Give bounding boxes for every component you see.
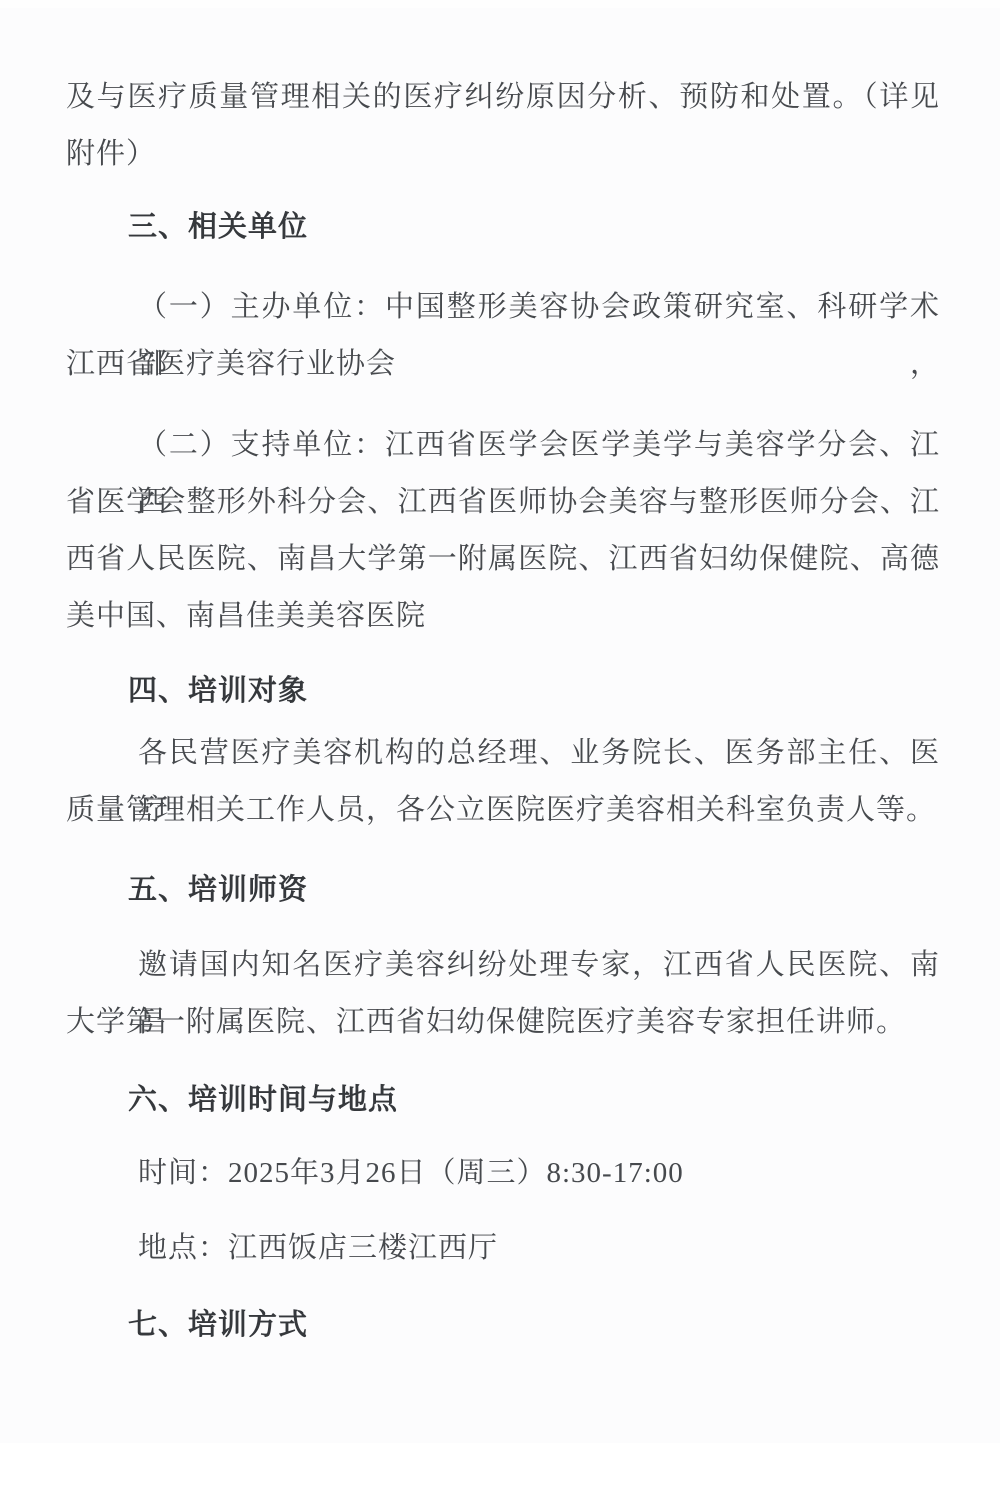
section-heading-instructors: 五、培训师资 [66, 862, 940, 919]
scan-bottom-edge [0, 1443, 1000, 1507]
intro-line: 及与医疗质量管理相关的医疗纠纷原因分析、预防和处置。（详见 [66, 69, 940, 126]
paragraph-line: 美中国、南昌佳美美容医院 [66, 588, 940, 645]
paragraph-line: 邀请国内知名医疗美容纠纷处理专家，江西省人民医院、南昌 [66, 937, 940, 994]
paragraph-line: 各民营医疗美容机构的总经理、业务院长、医务部主任、医疗 [66, 725, 940, 782]
paragraph-line: （二）支持单位：江西省医学会医学美学与美容学分会、江西 [66, 417, 940, 474]
paragraph-line: 质量管理相关工作人员，各公立医院医疗美容相关科室负责人等。 [66, 782, 940, 839]
training-time-line: 时间：2025年3月26日（周三）8:30-17:00 [66, 1145, 940, 1202]
section-heading-related-units: 三、相关单位 [66, 199, 940, 256]
section-heading-trainees: 四、培训对象 [66, 663, 940, 720]
paragraph-line: 西省人民医院、南昌大学第一附属医院、江西省妇幼保健院、高德 [66, 531, 940, 588]
section-heading-time-location: 六、培训时间与地点 [66, 1072, 940, 1129]
training-location-line: 地点：江西饭店三楼江西厅 [66, 1220, 940, 1277]
scan-top-edge [0, 0, 1000, 8]
paragraph-line: 大学第一附属医院、江西省妇幼保健院医疗美容专家担任讲师。 [66, 994, 940, 1051]
intro-line: 附件） [66, 126, 940, 183]
section-heading-training-method: 七、培训方式 [66, 1297, 940, 1354]
paragraph-line: （一）主办单位：中国整形美容协会政策研究室、科研学术部， [66, 279, 940, 336]
paragraph-line: 省医学会整形外科分会、江西省医师协会美容与整形医师分会、江 [66, 474, 940, 531]
document-page: 及与医疗质量管理相关的医疗纠纷原因分析、预防和处置。（详见 附件） 三、相关单位… [0, 0, 1000, 1507]
